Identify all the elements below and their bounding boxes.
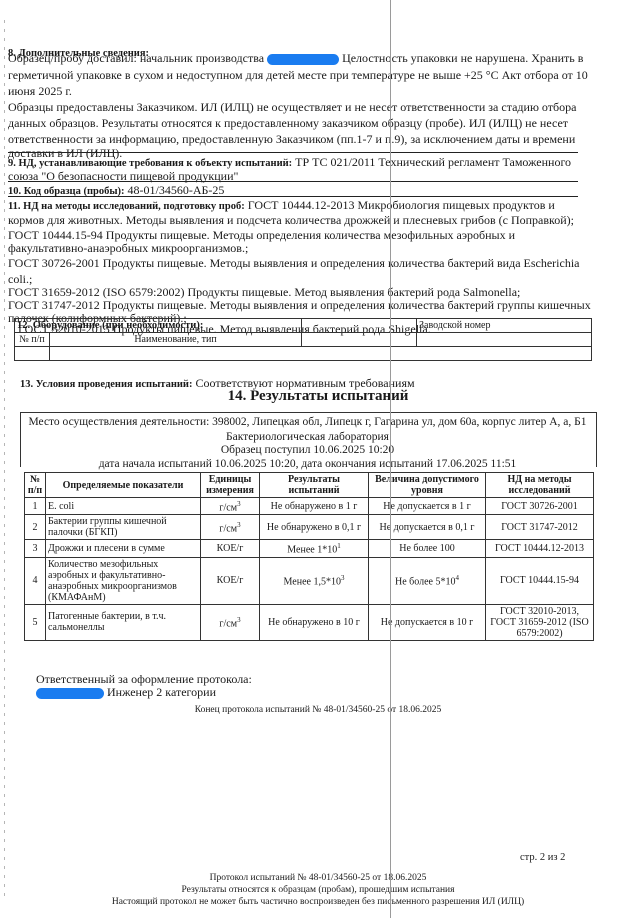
equipment-name-header: Наименование, тип [50,333,302,347]
table-row: 3 Дрожжи и плесени в сумме КОЕ/г Менее 1… [25,540,594,557]
section11-line1: кормов для животных. Методы выявления и … [8,213,574,227]
section11-line3: факультативно-анаэробных микроорганизмов… [8,241,248,255]
col-no: № п/п [25,473,46,498]
divider [8,152,578,153]
disclaimer-line2: данных образцов. Результаты относятся к … [8,116,568,130]
results-table: № п/п Определяемые показатели Единицы из… [24,472,594,641]
lab-name: Бактериологическая лаборатория [20,431,595,443]
margin-mark [4,20,5,900]
section9-heading: 9. НД, устанавливающие требования к объе… [8,158,292,169]
storage-line: герметичной упаковке в сухом и недоступн… [8,68,588,82]
table-row: 5 Патогенные бактерии, в т.ч. сальмонелл… [25,604,594,640]
responsible-person: Инженер 2 категории [36,685,216,699]
col-limit: Величина допустимого уровня [369,473,486,498]
equipment-heading-cell: 12. Оборудование (при необходимости): [15,319,302,333]
date-line: июня 2025 г. [8,84,72,98]
scan-fold-line [390,0,391,918]
page-number: стр. 2 из 2 [520,851,565,865]
table-row: 2 Бактерии группы кишечной палочки (БГКП… [25,515,594,540]
results-title: 14. Результаты испытаний [0,388,636,405]
serial-number-header: Заводской номер [417,319,592,333]
col-result: Результаты испытаний [260,473,369,498]
section11-heading: 11. НД на методы исследований, подготовк… [8,201,245,212]
table-row: 4 Количество мезофильных аэробных и факу… [25,557,594,604]
footer-line3: Настоящий протокол не может быть частичн… [0,896,636,908]
section11-line5: coli.; [8,272,32,286]
responsible-position: Инженер 2 категории [107,685,216,699]
equipment-no-header: № п/п [15,333,50,347]
table-row: 1 E. coli г/см3 Не обнаружено в 1 г Не д… [25,498,594,515]
section11-line7: ГОСТ 31747-2012 Продукты пищевые. Методы… [8,298,591,312]
col-unit: Единицы измерения [201,473,260,498]
redacted-name [267,54,339,65]
col-indicator: Определяемые показатели [46,473,201,498]
package-integrity: Целостность упаковки не нарушена. Хранит… [342,51,583,65]
section11-line0: 11. НД на методы исследований, подготовк… [8,198,555,214]
disclaimer-line3: ответственности за информацию, предостав… [8,132,575,146]
footer-line2: Результаты относятся к образцам (пробам)… [0,884,636,896]
place-of-activity: Место осуществления деятельности: 398002… [20,416,595,428]
test-dates: дата начала испытаний 10.06.2025 10:20, … [20,458,595,470]
disclaimer-line1: Образцы предоставлены Заказчиком. ИЛ (ИЛ… [8,100,576,114]
section8-row-a: Образец/пробу доставил: начальник произв… [8,51,583,65]
section11-line6: ГОСТ 31659-2012 (ISO 6579:2002) Продукты… [8,285,520,299]
footer-line1: Протокол испытаний № 48-01/34560-25 от 1… [0,872,636,884]
divider [8,181,578,182]
delivered-by: Образец/пробу доставил: начальник произв… [8,51,264,65]
section11-line2: ГОСТ 10444.15-94 Продукты пищевые. Метод… [8,228,515,242]
end-of-protocol: Конец протокола испытаний № 48-01/34560-… [0,704,636,716]
section11-line4: ГОСТ 30726-2001 Продукты пищевые. Методы… [8,256,580,270]
section9-value: ТР ТС 021/2011 Технический регламент Там… [295,155,571,169]
responsible-label: Ответственный за оформление протокола: [36,672,252,686]
redacted-name [36,688,104,699]
col-method: НД на методы исследований [486,473,594,498]
received-date: Образец поступил 10.06.2025 10:20 [20,444,595,456]
equipment-table: 12. Оборудование (при необходимости): За… [14,318,592,361]
divider [8,196,578,197]
sample-code: 48-01/34560-АБ-25 [128,183,225,197]
document-page: 8. Дополнительные сведения: Образец/проб… [0,0,636,918]
